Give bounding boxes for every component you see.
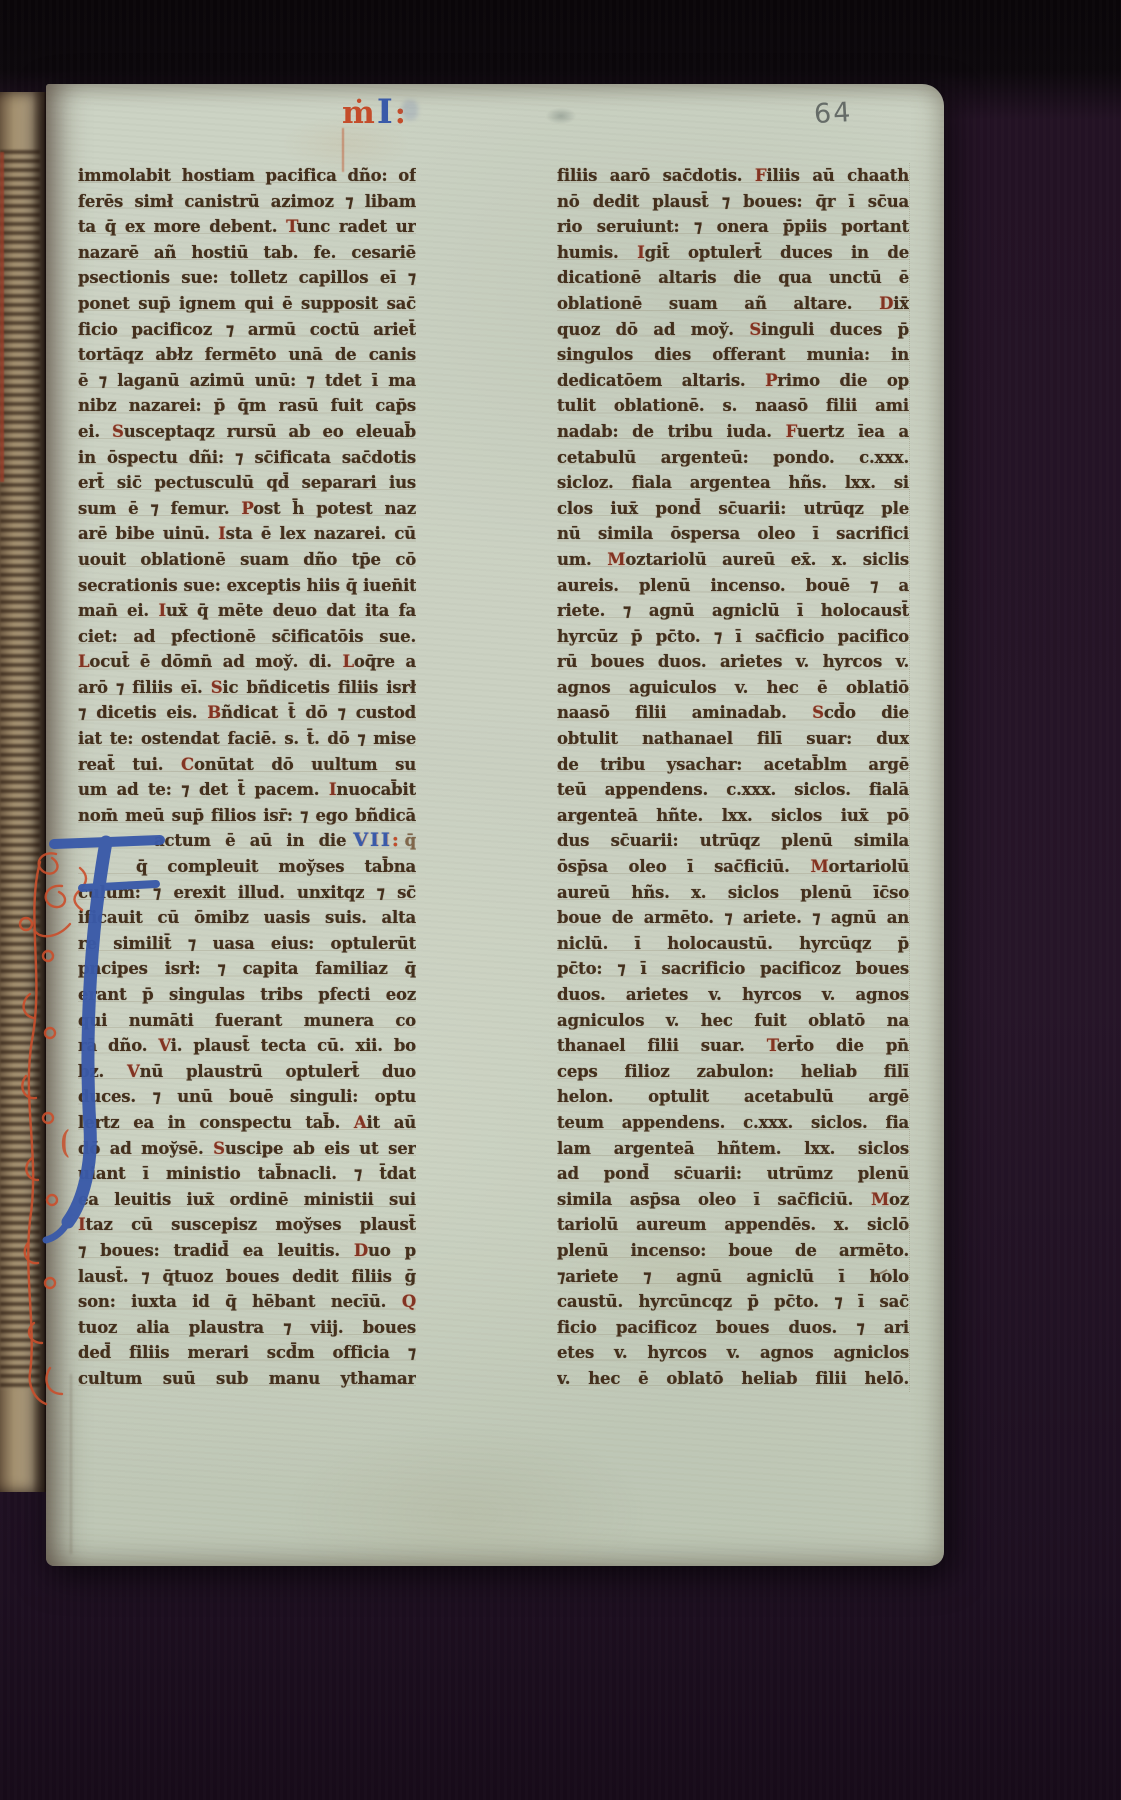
margin-red-paraph: ( (60, 1123, 69, 1161)
text-line: argenteā hñte. lxx. siclos iux̄ pō (557, 803, 909, 829)
text-line: helon. optulit acetabulū argē (557, 1084, 909, 1110)
initial-F-drawing (10, 828, 170, 1428)
text-line: simila asp̄sa oleo ī sac̄ficiū. Moz (557, 1187, 909, 1213)
text-line: ponet sup̄ ignem qui ē supposit sac̄ (78, 291, 416, 317)
text-line: ad pond̄ sc̄uarii: utrūmz plenū (557, 1161, 909, 1187)
text-line: teū appendens. c.xxx. siclos. fialā (557, 777, 909, 803)
text-line: caustū. hyrcūncqz p̄ pc̄to. ⁊ ī sac̄ (557, 1289, 909, 1315)
running-title-blue-letter: I (377, 92, 395, 132)
illuminated-initial-F (10, 828, 170, 1428)
text-line: obtulit nathanael filī suar: dux (557, 726, 909, 752)
text-line: ei. Susceptaqz rursū ab eo eleuab̄ (78, 419, 416, 445)
text-line: agniculos v. hec fuit oblatō na (557, 1008, 909, 1034)
text-line: humis. Igit̄ optulert̄ duces in de (557, 240, 909, 266)
text-line: nū simila ōspersa oleo ī sacrifici (557, 521, 909, 547)
text-line: agnos aguiculos v. hec ē oblatiō (557, 675, 909, 701)
text-line: rū boues duos. arietes v. hyrcos v. (557, 649, 909, 675)
text-line: ert̄ sic̄ pectusculū qd̄ separari ius (78, 470, 416, 496)
text-line: nō dedit plaust̄ ⁊ boues: q̄r ī sc̄ua (557, 189, 909, 215)
text-line: v. hec ē oblatō heliab filii helō. (557, 1366, 909, 1392)
text-line: lam argenteā hñtem. lxx. siclos (557, 1136, 909, 1162)
text-line: clos iux̄ pond̄ sc̄uarii: utrūqz ple (557, 496, 909, 522)
text-line: ē ⁊ laganū azimū unū: ⁊ tdet ī ma (78, 368, 416, 394)
text-line: ferēs simł canistrū azimoz ⁊ libam (78, 189, 416, 215)
text-line: quoz dō ad moy̆. Singuli duces p̄ (557, 317, 909, 343)
text-line: niclū. ī holocaustū. hyrcūqz p̄ (557, 931, 909, 957)
text-line: singulos dies offerant munia: in (557, 342, 909, 368)
text-line: iat te: ostendat faciē. s. t̄. dō ⁊ mise (78, 726, 416, 752)
text-line: etes v. hyrcos v. agnos agniclos (557, 1340, 909, 1366)
chapter-number-marker: VII: (353, 831, 398, 850)
facing-page-red-edge (0, 152, 4, 482)
text-line: ficio pacificoz ⁊ armū coctū ariet̄ (78, 317, 416, 343)
text-line: uouit oblationē suam dño tp̄e cō (78, 547, 416, 573)
text-line: teum appendens. c.xxx. siclos. fia (557, 1110, 909, 1136)
text-line: cetabulū argenteū: pondo. c.xxx. (557, 445, 909, 471)
text-line: riete. ⁊ agnū agniclū ī holocaust̄ (557, 598, 909, 624)
text-line: nom̄ meū sup̄ filios isr̄: ⁊ ego bñdicā (78, 803, 416, 829)
manuscript-page: ṁI: 64 immolabit hostiam pacifica dño: o… (46, 84, 944, 1566)
text-line: dus sc̄uarii: utrūqz plenū simila (557, 828, 909, 854)
text-line: hyrcūz p̄ pc̄to. ⁊ ī sac̄ficio pacifico (557, 624, 909, 650)
text-line: ta q̄ ex more debent. Tunc radet ur (78, 214, 416, 240)
text-line: plenū incenso: boue de armēto. (557, 1238, 909, 1264)
text-line: secrationis sue: exceptis hiis q̄ iuen̄i… (78, 573, 416, 599)
text-line: aureū hñs. x. siclos plenū īc̄so (557, 880, 909, 906)
text-line: psectionis sue: tolletz capillos eī ⁊ (78, 265, 416, 291)
text-line: nazarē añ hostiū tab. fe. cesariē (78, 240, 416, 266)
text-line: ōsp̄sa oleo ī sac̄ficiū. Mortariolū (557, 854, 909, 880)
text-line: filiis aarō sac̄dotis. Filiis aū chaath (557, 163, 909, 189)
text-line: ceps filioz zabulon: heliab filī (557, 1059, 909, 1085)
text-line: tariolū aureum appendēs. x. siclō (557, 1212, 909, 1238)
text-line: de tribu ysachar: acetab̄lm argē (557, 752, 909, 778)
text-line: ⁊ dicetis eis. Bñdicat t̄ dō ⁊ custod (78, 700, 416, 726)
text-line: pc̄to: ⁊ ī sacrificio pacificoz boues (557, 956, 909, 982)
folio-number: 64 (813, 97, 853, 130)
text-line: aureis. plenū incenso. bouē ⁊ a (557, 573, 909, 599)
text-line: duos. arietes v. hyrcos v. agnos (557, 982, 909, 1008)
text-line: thanael filii suar. Tert̄o die pn̄ (557, 1033, 909, 1059)
text-line: dicationē altaris die qua unctū ē (557, 265, 909, 291)
text-line: sum ē ⁊ femur. Post h̄ potest naz (78, 496, 416, 522)
text-line: Locut̄ ē dōmn̄ ad moy̆. di. Loq̄re a (78, 649, 416, 675)
text-line: um. Moztariolū aureū ex̄. x. siclis (557, 547, 909, 573)
text-line: arē bibe uinū. Ista ē lex nazarei. cū (78, 521, 416, 547)
text-column-right: filiis aarō sac̄dotis. Filiis aū chaathn… (557, 163, 910, 1392)
text-line: man̄ ei. Iux̄ q̄ mēte deuo dat ita fa (78, 598, 416, 624)
text-line: tulit oblationē. s. naasō filii ami (557, 393, 909, 419)
text-line: ciet: ad pfectionē sc̄ificatōis sue. (78, 624, 416, 650)
text-line: nibz nazarei: p̄ q̄m rasū fuit cap̄s (78, 393, 416, 419)
text-line: immolabit hostiam pacifica dño: of (78, 163, 416, 189)
ink-offset-ghost (402, 100, 418, 120)
running-title-red-letter: ṁ (342, 95, 377, 131)
text-line: arō ⁊ filiis eī. Sic bñdicetis filiis is… (78, 675, 416, 701)
text-line: in ōspectu dñi: ⁊ sc̄ificata sac̄dotis (78, 445, 416, 471)
text-line: boue de armēto. ⁊ ariete. ⁊ agnū an (557, 905, 909, 931)
running-title: ṁI: (342, 92, 408, 132)
text-line: sicloz. fiala argentea hñs. lxx. si (557, 470, 909, 496)
catchword-fragment: q̄ (405, 831, 416, 850)
text-line: dedicatōem altaris. Primo die op (557, 368, 909, 394)
text-line: naasō filii aminadab. Scd̄o die (557, 700, 909, 726)
text-line: oblationē suam añ altare. Dix̄ (557, 291, 909, 317)
text-line: ficio pacificoz boues duos. ⁊ ari (557, 1315, 909, 1341)
text-line: nadab: de tribu iuda. Fuertz īea a (557, 419, 909, 445)
text-line: um ad te: ⁊ det t̄ pacem. Inuocab̄it (78, 777, 416, 803)
text-line: tortāqz abłz fermēto unā de canis (78, 342, 416, 368)
text-line: ⁊ariete ⁊ agnū agniclū ī holo (557, 1264, 909, 1290)
text-line: reat̄ tui. Conūtat dō uultum su (78, 752, 416, 778)
text-line: rio seruiunt: ⁊ onera p̄piis portant (557, 214, 909, 240)
